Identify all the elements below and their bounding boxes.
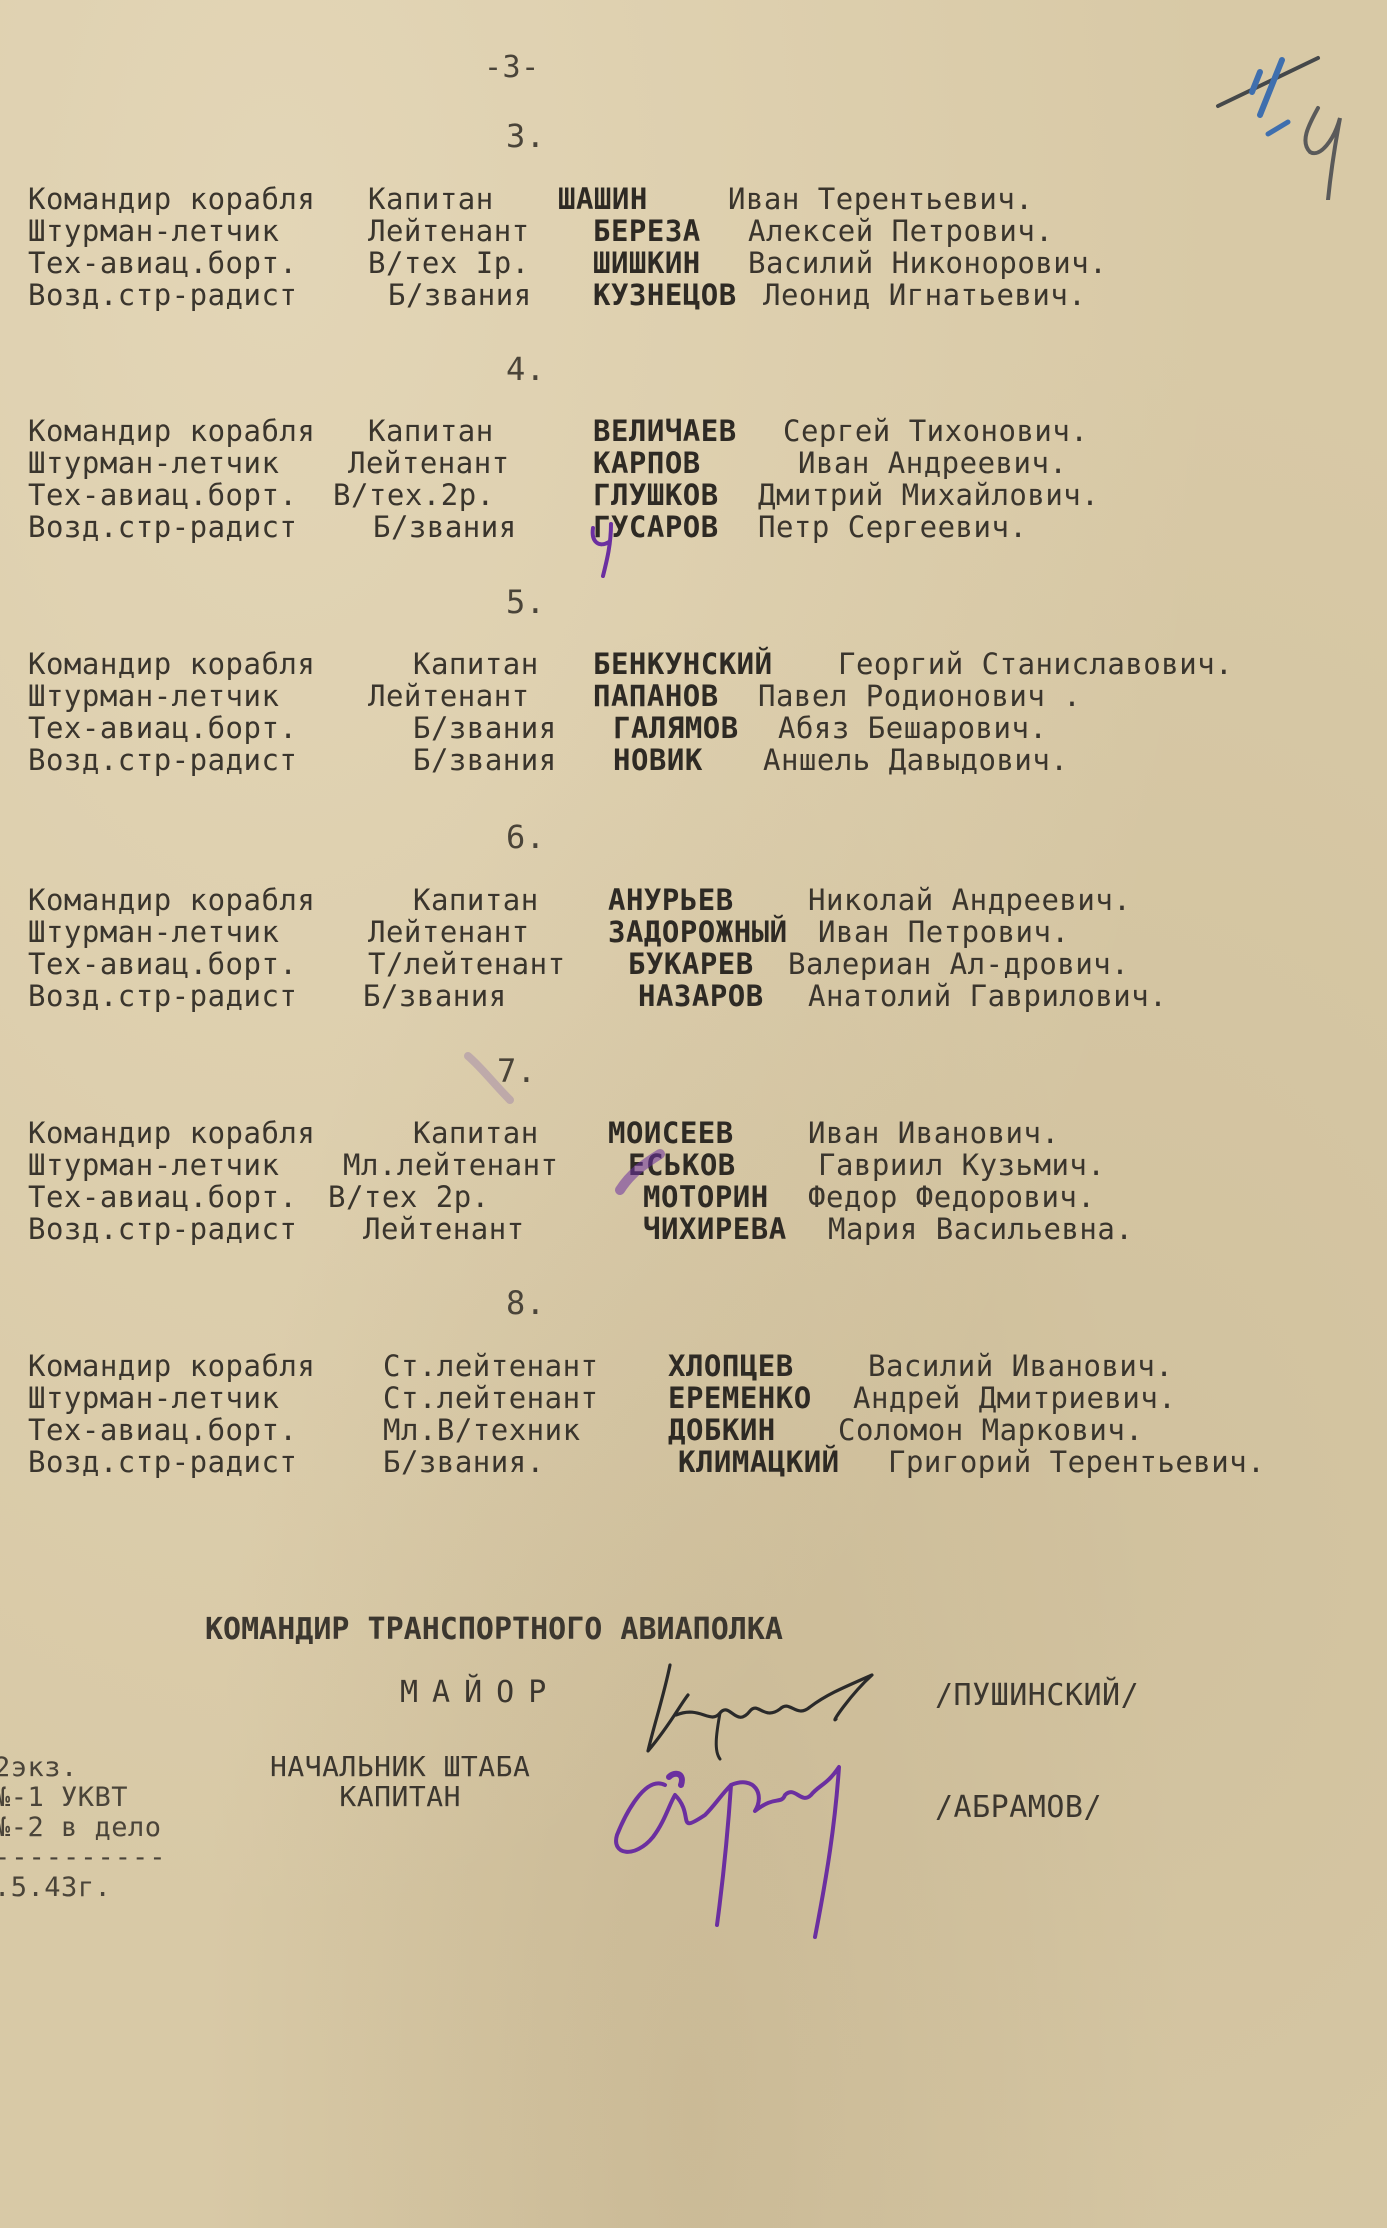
crew-position: Штурман-летчик	[28, 680, 279, 712]
crew-position: Возд.стр-радист	[28, 279, 297, 311]
crew-surname: ШАШИН	[558, 183, 648, 215]
crew-rank: Ст.лейтенант	[383, 1350, 599, 1382]
commander-name: /ПУШИНСКИЙ/	[935, 1678, 1139, 1713]
crew-rank: Лейтенант	[368, 916, 530, 948]
crew-given-names: Сергей Тихонович.	[783, 415, 1088, 447]
crew-given-names: Аншель Давыдович.	[763, 744, 1068, 776]
crew-rank: Капитан	[413, 648, 539, 680]
crew-surname: ХЛОПЦЕВ	[668, 1350, 794, 1382]
crew-surname: БЕРЕЗА	[593, 215, 701, 247]
page-number: -3-	[484, 50, 540, 85]
crew-row: Тех-авиац.борт. В/тех.2р. ГЛУШКОВ Дмитри…	[28, 479, 136, 511]
crew-given-names: Иван Андреевич.	[798, 447, 1067, 479]
section-number: 5.	[506, 583, 546, 621]
chief-title-line-2: КАПИТАН	[270, 1782, 530, 1812]
crew-rank: В/тех 2р.	[328, 1181, 490, 1213]
crew-row: Тех-авиац.борт. В/тех 2р. МОТОРИН Федор …	[28, 1181, 136, 1213]
crew-row: Командир корабля Капитан ВЕЛИЧАЕВ Сергей…	[28, 415, 136, 447]
crew-given-names: Анатолий Гаврилович.	[808, 980, 1167, 1012]
crew-given-names: Алексей Петрович.	[748, 215, 1053, 247]
crew-surname: ДОБКИН	[668, 1414, 776, 1446]
crew-surname: АНУРЬЕВ	[608, 884, 734, 916]
crew-list: Командир корабля Капитан АНУРЬЕВ Николай…	[28, 884, 136, 1012]
crew-row: Тех-авиац.борт. Мл.В/техник ДОБКИН Солом…	[28, 1414, 136, 1446]
crew-given-names: Дмитрий Михайлович.	[758, 479, 1099, 511]
crew-rank: Лейтенант	[368, 680, 530, 712]
crew-row: Возд.стр-радист Б/звания. КЛИМАЦКИЙ Григ…	[28, 1446, 136, 1478]
crew-list: Командир корабля Капитан МОИСЕЕВ Иван Ив…	[28, 1117, 136, 1245]
crew-rank: Мл.В/техник	[383, 1414, 581, 1446]
crew-surname: НАЗАРОВ	[638, 980, 764, 1012]
crew-rank: Б/звания	[373, 511, 517, 543]
purple-ink-mark	[585, 520, 625, 580]
crew-position: Штурман-летчик	[28, 1149, 279, 1181]
crew-row: Штурман-летчик Лейтенант КАРПОВ Иван Анд…	[28, 447, 136, 479]
section-number: 4.	[506, 350, 546, 388]
crew-given-names: Петр Сергеевич.	[758, 511, 1027, 543]
crew-position: Тех-авиац.борт.	[28, 479, 297, 511]
handwritten-page-annotation	[1200, 30, 1370, 200]
crew-given-names: Георгий Станиславович.	[838, 648, 1233, 680]
crew-given-names: Соломон Маркович.	[838, 1414, 1143, 1446]
chief-of-staff-title: НАЧАЛЬНИК ШТАБА КАПИТАН	[270, 1752, 530, 1812]
crew-rank: Мл.лейтенант	[343, 1149, 559, 1181]
commander-title: КОМАНДИР ТРАНСПОРТНОГО АВИАПОЛКА	[205, 1612, 783, 1647]
crew-rank: Б/звания	[413, 744, 557, 776]
crew-position: Возд.стр-радист	[28, 511, 297, 543]
crew-row: Командир корабля Капитан БЕНКУНСКИЙ Геор…	[28, 648, 136, 680]
crew-row: Возд.стр-радист Б/звания НОВИК Аншель Да…	[28, 744, 136, 776]
crew-list: Командир корабля Капитан ВЕЛИЧАЕВ Сергей…	[28, 415, 136, 543]
crew-rank: В/тех.2р.	[333, 479, 495, 511]
crew-given-names: Федор Федорович.	[808, 1181, 1095, 1213]
crew-rank: Капитан	[368, 415, 494, 447]
crew-rank: В/тех Iр.	[368, 247, 530, 279]
crew-row: Тех-авиац.борт. В/тех Iр. ШИШКИН Василий…	[28, 247, 136, 279]
crew-row: Тех-авиац.борт. Т/лейтенант БУКАРЕВ Вале…	[28, 948, 136, 980]
crew-row: Тех-авиац.борт. Б/звания ГАЛЯМОВ Абяз Бе…	[28, 712, 136, 744]
crew-rank: Лейтенант	[368, 215, 530, 247]
crew-list: Командир корабля Капитан БЕНКУНСКИЙ Геор…	[28, 648, 136, 776]
crew-rank: Б/звания	[388, 279, 532, 311]
section-number: 6.	[506, 818, 546, 856]
crew-position: Тех-авиац.борт.	[28, 1181, 297, 1213]
chief-title-line-1: НАЧАЛЬНИК ШТАБА	[270, 1752, 530, 1782]
crew-position: Штурман-летчик	[28, 447, 279, 479]
crew-rank: Лейтенант	[363, 1213, 525, 1245]
crew-position: Штурман-летчик	[28, 215, 279, 247]
purple-stamp-smudge	[460, 1050, 520, 1110]
crew-row: Командир корабля Капитан АНУРЬЕВ Николай…	[28, 884, 136, 916]
crew-rank: Б/звания.	[383, 1446, 545, 1478]
crew-rank: Т/лейтенант	[368, 948, 566, 980]
crew-row: Штурман-летчик Лейтенант ЗАДОРОЖНЫЙ Иван…	[28, 916, 136, 948]
crew-row: Возд.стр-радист Лейтенант ЧИХИРЕВА Мария…	[28, 1213, 136, 1245]
crew-surname: БУКАРЕВ	[628, 948, 754, 980]
crew-surname: КЛИМАЦКИЙ	[678, 1446, 840, 1478]
crew-row: Штурман-летчик Мл.лейтенант ЕСЬКОВ Гаври…	[28, 1149, 136, 1181]
crew-surname: ГЛУШКОВ	[593, 479, 719, 511]
crew-given-names: Василий Никонорович.	[748, 247, 1107, 279]
crew-rank: Б/звания	[413, 712, 557, 744]
crew-row: Штурман-летчик Ст.лейтенант ЕРЕМЕНКО Анд…	[28, 1382, 136, 1414]
crew-surname: НОВИК	[613, 744, 703, 776]
commander-rank: МАЙОР	[400, 1675, 560, 1710]
section-number: 3.	[506, 117, 546, 155]
section-number: 8.	[506, 1284, 546, 1322]
crew-list: Командир корабля Капитан ШАШИН Иван Тере…	[28, 183, 136, 311]
chief-of-staff-name: /АБРАМОВ/	[935, 1790, 1102, 1825]
document-page: -3- 3. Командир корабля Капитан ШАШИН Ив…	[0, 0, 1387, 2228]
crew-rank: Капитан	[413, 884, 539, 916]
commander-signature	[640, 1655, 910, 1765]
crew-position: Тех-авиац.борт.	[28, 247, 297, 279]
crew-position: Командир корабля	[28, 183, 315, 215]
crew-surname: БЕНКУНСКИЙ	[593, 648, 773, 680]
crew-position: Возд.стр-радист	[28, 980, 297, 1012]
crew-rank: Ст.лейтенант	[383, 1382, 599, 1414]
crew-position: Штурман-летчик	[28, 916, 279, 948]
crew-given-names: Валериан Ал-дрович.	[788, 948, 1129, 980]
crew-position: Командир корабля	[28, 884, 315, 916]
crew-position: Командир корабля	[28, 1117, 315, 1149]
crew-surname: ЕРЕМЕНКО	[668, 1382, 812, 1414]
crew-rank: Б/звания	[363, 980, 507, 1012]
crew-surname: ШИШКИН	[593, 247, 701, 279]
crew-position: Командир корабля	[28, 1350, 315, 1382]
crew-surname: ВЕЛИЧАЕВ	[593, 415, 737, 447]
crew-given-names: Леонид Игнатьевич.	[763, 279, 1086, 311]
crew-row: Штурман-летчик Лейтенант ПАПАНОВ Павел Р…	[28, 680, 136, 712]
crew-given-names: Павел Родионович .	[758, 680, 1081, 712]
crew-row: Штурман-летчик Лейтенант БЕРЕЗА Алексей …	[28, 215, 136, 247]
crew-given-names: Гавриил Кузьмич.	[818, 1149, 1105, 1181]
crew-position: Тех-авиац.борт.	[28, 712, 297, 744]
crew-surname: ГАЛЯМОВ	[613, 712, 739, 744]
crew-given-names: Иван Петрович.	[818, 916, 1069, 948]
crew-given-names: Мария Васильевна.	[828, 1213, 1133, 1245]
crew-rank: Лейтенант	[348, 447, 510, 479]
distribution-block: 2экз. №-1 УКВТ №-2 в дело ---------- .5.…	[0, 1753, 167, 1903]
crew-row: Возд.стр-радист Б/звания ГУСАРОВ Петр Се…	[28, 511, 136, 543]
separator: ----------	[0, 1843, 167, 1873]
crew-given-names: Николай Андреевич.	[808, 884, 1131, 916]
copy-2-recipient: №-2 в дело	[0, 1813, 167, 1843]
crew-rank: Капитан	[368, 183, 494, 215]
crew-position: Возд.стр-радист	[28, 1446, 297, 1478]
copy-1-recipient: №-1 УКВТ	[0, 1783, 167, 1813]
crew-position: Штурман-летчик	[28, 1382, 279, 1414]
crew-position: Тех-авиац.борт.	[28, 1414, 297, 1446]
crew-position: Возд.стр-радист	[28, 1213, 297, 1245]
crew-surname: КУЗНЕЦОВ	[593, 279, 737, 311]
crew-surname: ЗАДОРОЖНЫЙ	[608, 916, 788, 948]
crew-position: Командир корабля	[28, 415, 315, 447]
chief-of-staff-signature	[605, 1755, 905, 1945]
crew-list: Командир корабля Ст.лейтенант ХЛОПЦЕВ Ва…	[28, 1350, 136, 1478]
crew-surname: ЧИХИРЕВА	[643, 1213, 787, 1245]
crew-given-names: Иван Иванович.	[808, 1117, 1059, 1149]
crew-surname: ПАПАНОВ	[593, 680, 719, 712]
crew-given-names: Григорий Терентьевич.	[888, 1446, 1265, 1478]
crew-row: Возд.стр-радист Б/звания НАЗАРОВ Анатоли…	[28, 980, 136, 1012]
crew-given-names: Андрей Дмитриевич.	[853, 1382, 1176, 1414]
crew-rank: Капитан	[413, 1117, 539, 1149]
purple-stamp-smudge	[600, 1140, 680, 1200]
crew-given-names: Абяз Бешарович.	[778, 712, 1047, 744]
crew-surname: КАРПОВ	[593, 447, 701, 479]
crew-position: Возд.стр-радист	[28, 744, 297, 776]
crew-position: Тех-авиац.борт.	[28, 948, 297, 980]
crew-row: Командир корабля Капитан МОИСЕЕВ Иван Ив…	[28, 1117, 136, 1149]
crew-row: Командир корабля Капитан ШАШИН Иван Тере…	[28, 183, 136, 215]
crew-row: Командир корабля Ст.лейтенант ХЛОПЦЕВ Ва…	[28, 1350, 136, 1382]
crew-given-names: Василий Иванович.	[868, 1350, 1173, 1382]
crew-row: Возд.стр-радист Б/звания КУЗНЕЦОВ Леонид…	[28, 279, 136, 311]
crew-position: Командир корабля	[28, 648, 315, 680]
copies-count: 2экз.	[0, 1753, 167, 1783]
document-date: .5.43г.	[0, 1873, 167, 1903]
crew-given-names: Иван Терентьевич.	[728, 183, 1033, 215]
